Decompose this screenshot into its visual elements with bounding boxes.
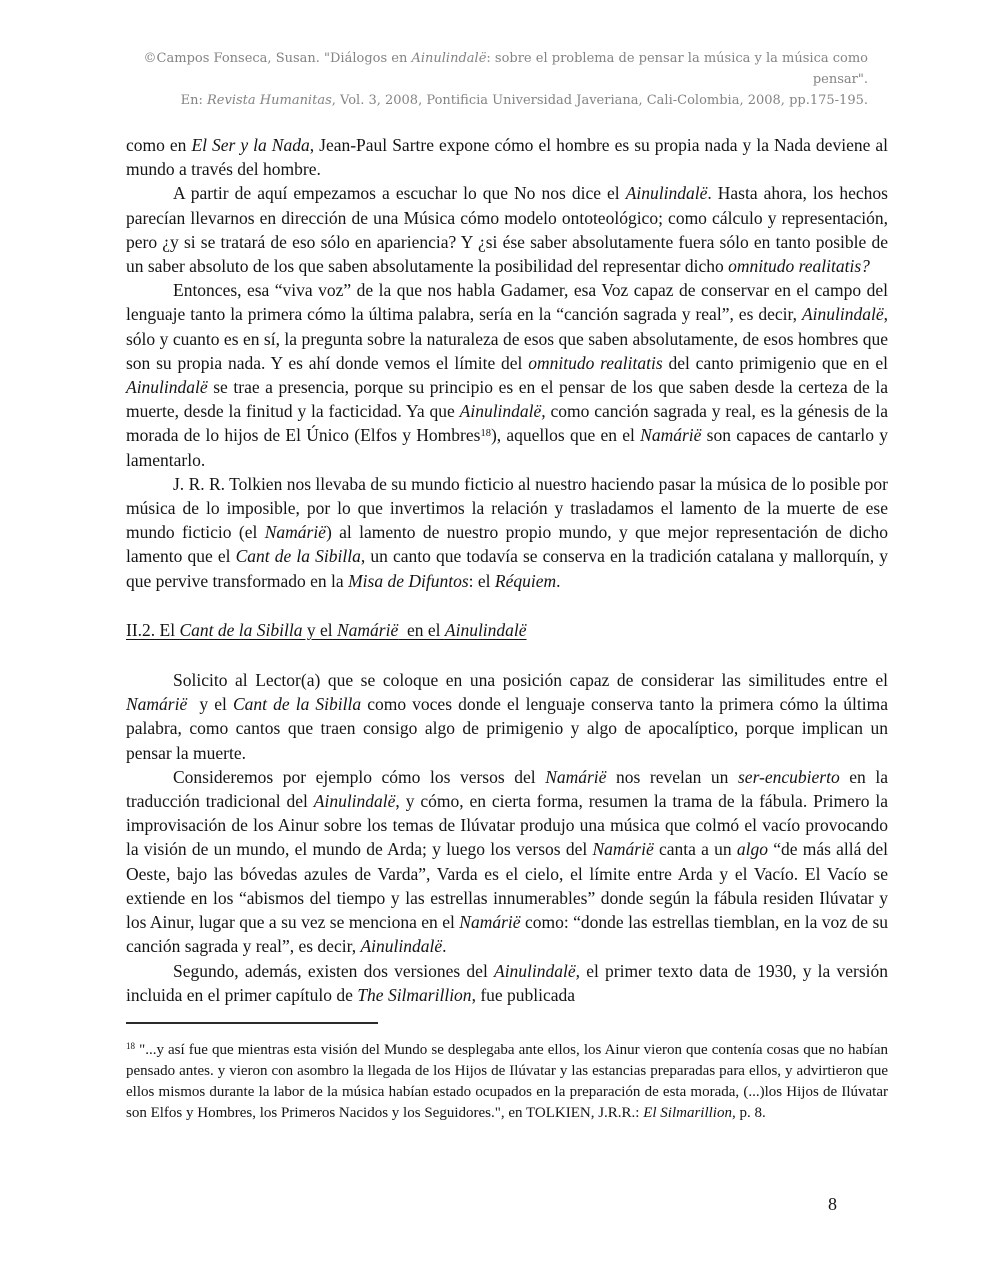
section-heading: II.2. El Cant de la Sibilla y el Namárië… — [126, 618, 888, 642]
page-number: 8 — [828, 1194, 837, 1215]
citation-line-1: ©Campos Fonseca, Susan. "Diálogos en Ain… — [126, 48, 868, 90]
paragraph-tolkien: J. R. R. Tolkien nos llevaba de su mundo… — [126, 472, 888, 593]
citation-line-2: En: Revista Humanitas, Vol. 3, 2008, Pon… — [126, 90, 868, 111]
paragraph-sartre: como en El Ser y la Nada, Jean-Paul Sart… — [126, 133, 888, 181]
paragraph-entonces: Entonces, esa “viva voz” de la que nos h… — [126, 278, 888, 472]
citation-header: ©Campos Fonseca, Susan. "Diálogos en Ain… — [126, 48, 868, 111]
paragraph-a-partir: A partir de aquí empezamos a escuchar lo… — [126, 181, 888, 278]
document-page: ©Campos Fonseca, Susan. "Diálogos en Ain… — [0, 0, 990, 1280]
footnote: 18 "...y así fue que mientras esta visió… — [126, 1040, 888, 1124]
paragraph-segundo: Segundo, además, existen dos versiones d… — [126, 959, 888, 1007]
paragraph-consideremos: Consideremos por ejemplo cómo los versos… — [126, 765, 888, 959]
body-text: como en El Ser y la Nada, Jean-Paul Sart… — [126, 133, 888, 1124]
paragraph-solicito: Solicito al Lector(a) que se coloque en … — [126, 668, 888, 765]
footnote-separator — [126, 1022, 378, 1024]
